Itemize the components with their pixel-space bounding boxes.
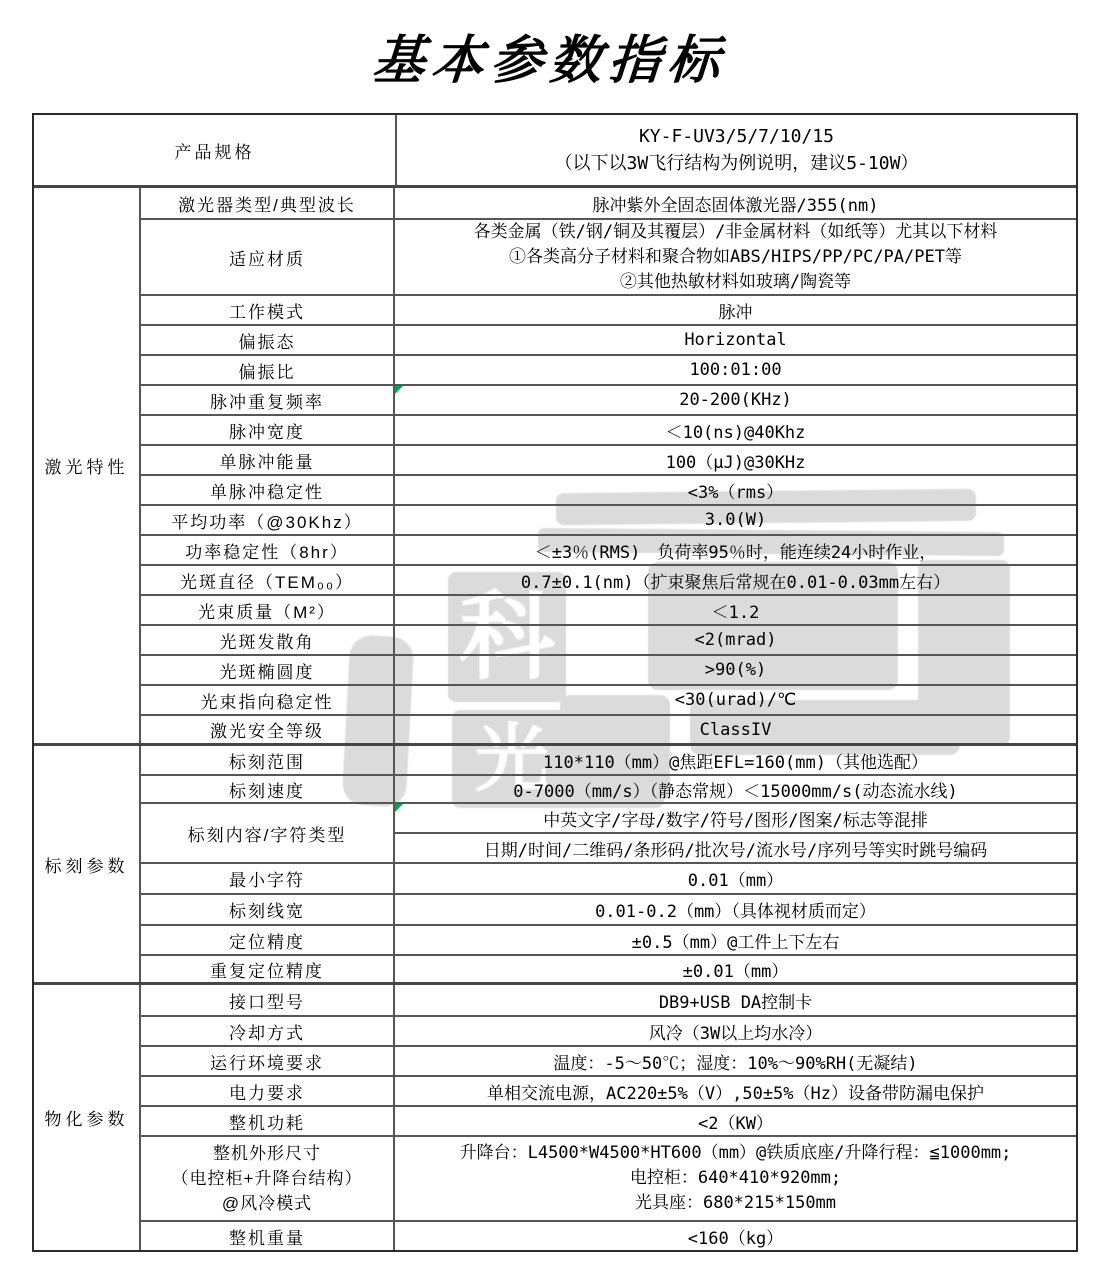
param-value: ＜1.2 bbox=[395, 596, 1076, 624]
section-physical-params: 物化参数 接口型号 DB9+USB DA控制卡 冷却方式 风冷（3W以上均水冷）… bbox=[34, 982, 1076, 1250]
param-label: 接口型号 bbox=[141, 985, 395, 1015]
param-label: 光斑椭圆度 bbox=[141, 656, 395, 684]
param-value: 单相交流电源，AC220±5%（V）,50±5%（Hz）设备带防漏电保护 bbox=[395, 1077, 1076, 1105]
param-label: 激光器类型/典型波长 bbox=[141, 188, 395, 218]
table-row: 整机外形尺寸 （电控柜+升降台结构） @风冷模式 升降台：L4500*W4500… bbox=[141, 1135, 1076, 1220]
param-value: <160（kg） bbox=[395, 1222, 1076, 1250]
param-label: 光斑直径（TEM₀₀） bbox=[141, 566, 395, 594]
table-row: 激光安全等级 ClassIV bbox=[141, 714, 1076, 743]
section-marking-params: 标刻参数 标刻范围 110*110（mm）@焦距EFL=160(mm)（其他选配… bbox=[34, 743, 1076, 982]
table-row: 电力要求 单相交流电源，AC220±5%（V）,50±5%（Hz）设备带防漏电保… bbox=[141, 1075, 1076, 1105]
table-row: 标刻线宽 0.01-0.2（mm）（具体视材质而定） bbox=[141, 893, 1076, 924]
param-label: 功率稳定性（8hr） bbox=[141, 536, 395, 564]
param-value: 3.0(W) bbox=[395, 506, 1076, 534]
param-value: 110*110（mm）@焦距EFL=160(mm)（其他选配） bbox=[395, 746, 1076, 774]
value-line: ②其他热敏材料如玻璃/陶瓷等 bbox=[620, 270, 851, 295]
comment-marker-icon bbox=[395, 386, 403, 394]
table-row: 激光器类型/典型波长 脉冲紫外全固态固体激光器/355(nm) bbox=[141, 188, 1076, 218]
param-label: 平均功率（@30Khz） bbox=[141, 506, 395, 534]
table-row: 整机重量 <160（kg） bbox=[141, 1220, 1076, 1250]
table-row: 运行环境要求 温度：-5～50℃；湿度：10%～90%RH(无凝结) bbox=[141, 1045, 1076, 1075]
product-value: KY-F-UV3/5/7/10/15 （以下以3W飞行结构为例说明，建议5-10… bbox=[397, 115, 1076, 185]
param-label: 脉冲宽度 bbox=[141, 416, 395, 444]
table-row: 标刻内容/字符类型 中英文字/字母/数字/符号/图形/图案/标志等混排 日期/时… bbox=[141, 802, 1076, 862]
param-label: 脉冲重复频率 bbox=[141, 386, 395, 414]
label-line: @风冷模式 bbox=[222, 1191, 312, 1216]
param-label: 光斑发散角 bbox=[141, 626, 395, 654]
param-value: DB9+USB DA控制卡 bbox=[395, 985, 1076, 1015]
param-label: 适应材质 bbox=[141, 220, 395, 294]
value-subrow: 中英文字/字母/数字/符号/图形/图案/标志等混排 bbox=[395, 804, 1076, 832]
spec-sheet-page: 基本参数指标 科 光电 产品规格 KY-F-UV3/5/7/10/15 （以下以… bbox=[0, 0, 1100, 1265]
param-value: 0.7±0.1(nm)（扩束聚焦后常规在0.01-0.03mm左右） bbox=[395, 566, 1076, 594]
value-line: 升降台：L4500*W4500*HT600（mm）@铁质底座/升降行程：≦100… bbox=[460, 1141, 1012, 1166]
param-label: 标刻内容/字符类型 bbox=[141, 804, 395, 862]
table-row: 光束指向稳定性 <30(urad)/℃ bbox=[141, 684, 1076, 714]
label-line: （电控柜+升降台结构） bbox=[172, 1166, 363, 1191]
table-row: 功率稳定性（8hr） ＜±3％(RMS) 负荷率95％时，能连续24小时作业， bbox=[141, 534, 1076, 564]
param-label: 标刻速度 bbox=[141, 776, 395, 802]
param-value: 20-200(KHz) bbox=[395, 386, 1076, 414]
product-value-line: KY-F-UV3/5/7/10/15 bbox=[639, 123, 834, 150]
product-value-line: （以下以3W飞行结构为例说明，建议5-10W） bbox=[555, 150, 919, 177]
table-row: 最小字符 0.01（mm） bbox=[141, 862, 1076, 893]
param-value: <2(mrad) bbox=[395, 626, 1076, 654]
param-value: 0.01-0.2（mm）（具体视材质而定） bbox=[395, 895, 1076, 924]
table-row: 标刻速度 0-7000（mm/s）（静态常规）＜15000mm/s(动态流水线) bbox=[141, 774, 1076, 802]
param-value: 0-7000（mm/s）（静态常规）＜15000mm/s(动态流水线) bbox=[395, 776, 1076, 802]
table-row: 光斑发散角 <2(mrad) bbox=[141, 624, 1076, 654]
param-label: 电力要求 bbox=[141, 1077, 395, 1105]
value-line: ①各类高分子材料和聚合物如ABS/HIPS/PP/PC/PA/PET等 bbox=[509, 245, 962, 270]
table-row: 冷却方式 风冷（3W以上均水冷） bbox=[141, 1015, 1076, 1045]
param-label: 整机重量 bbox=[141, 1222, 395, 1250]
table-row: 脉冲重复频率 20-200(KHz) bbox=[141, 384, 1076, 414]
label-line: 整机外形尺寸 bbox=[213, 1141, 321, 1166]
param-value: 100:01:00 bbox=[395, 356, 1076, 384]
section-laser-properties: 激光特性 激光器类型/典型波长 脉冲紫外全固态固体激光器/355(nm) 适应材… bbox=[34, 185, 1076, 743]
param-label: 运行环境要求 bbox=[141, 1047, 395, 1075]
table-row: 重复定位精度 ±0.01（mm） bbox=[141, 954, 1076, 982]
product-label: 产品规格 bbox=[34, 115, 397, 185]
param-value: 100（μJ)@30KHz bbox=[395, 446, 1076, 474]
param-label: 光束质量（M²） bbox=[141, 596, 395, 624]
param-label: 整机功耗 bbox=[141, 1107, 395, 1135]
param-label: 工作模式 bbox=[141, 296, 395, 324]
param-value: Horizontal bbox=[395, 326, 1076, 354]
param-value: 0.01（mm） bbox=[395, 864, 1076, 893]
section-label: 标刻参数 bbox=[34, 746, 141, 982]
param-value: <3%（rms） bbox=[395, 476, 1076, 504]
comment-marker-icon bbox=[395, 804, 403, 812]
value-subrow: 日期/时间/二维码/条形码/批次号/流水号/序列号等实时跳号编码 bbox=[395, 832, 1076, 862]
table-row: 光斑椭圆度 >90(%) bbox=[141, 654, 1076, 684]
param-value: <30(urad)/℃ bbox=[395, 686, 1076, 714]
table-row: 偏振比 100:01:00 bbox=[141, 354, 1076, 384]
param-label: 最小字符 bbox=[141, 864, 395, 893]
param-label: 冷却方式 bbox=[141, 1017, 395, 1045]
param-value: 温度：-5～50℃；湿度：10%～90%RH(无凝结) bbox=[395, 1047, 1076, 1075]
param-label: 单脉冲能量 bbox=[141, 446, 395, 474]
value-line: 各类金属（铁/钢/铜及其覆层）/非金属材料（如纸等）尤其以下材料 bbox=[474, 220, 998, 245]
param-label: 定位精度 bbox=[141, 926, 395, 954]
table-row: 光束质量（M²） ＜1.2 bbox=[141, 594, 1076, 624]
section-label: 激光特性 bbox=[34, 188, 141, 743]
param-value: 中英文字/字母/数字/符号/图形/图案/标志等混排 日期/时间/二维码/条形码/… bbox=[395, 804, 1076, 862]
param-label: 标刻范围 bbox=[141, 746, 395, 774]
param-value: 脉冲 bbox=[395, 296, 1076, 324]
value-text: 中英文字/字母/数字/符号/图形/图案/标志等混排 bbox=[543, 806, 927, 831]
table-row: 适应材质 各类金属（铁/钢/铜及其覆层）/非金属材料（如纸等）尤其以下材料 ①各… bbox=[141, 218, 1076, 294]
table-row: 工作模式 脉冲 bbox=[141, 294, 1076, 324]
param-value: ±0.5（mm）@工件上下左右 bbox=[395, 926, 1076, 954]
table-row: 单脉冲能量 100（μJ)@30KHz bbox=[141, 444, 1076, 474]
param-value: ＜±3％(RMS) 负荷率95％时，能连续24小时作业， bbox=[395, 536, 1076, 564]
param-label: 整机外形尺寸 （电控柜+升降台结构） @风冷模式 bbox=[141, 1137, 395, 1220]
param-label: 偏振比 bbox=[141, 356, 395, 384]
product-row: 产品规格 KY-F-UV3/5/7/10/15 （以下以3W飞行结构为例说明，建… bbox=[34, 115, 1076, 185]
value-text: 20-200(KHz) bbox=[679, 390, 792, 410]
param-label: 偏振态 bbox=[141, 326, 395, 354]
param-label: 单脉冲稳定性 bbox=[141, 476, 395, 504]
section-rows: 接口型号 DB9+USB DA控制卡 冷却方式 风冷（3W以上均水冷） 运行环境… bbox=[141, 985, 1076, 1250]
page-title: 基本参数指标 bbox=[0, 18, 1100, 93]
table-row: 偏振态 Horizontal bbox=[141, 324, 1076, 354]
table-row: 单脉冲稳定性 <3%（rms） bbox=[141, 474, 1076, 504]
param-label: 重复定位精度 bbox=[141, 956, 395, 982]
spec-table: 产品规格 KY-F-UV3/5/7/10/15 （以下以3W飞行结构为例说明，建… bbox=[32, 113, 1078, 1252]
param-value: 升降台：L4500*W4500*HT600（mm）@铁质底座/升降行程：≦100… bbox=[395, 1137, 1076, 1220]
param-value: 各类金属（铁/钢/铜及其覆层）/非金属材料（如纸等）尤其以下材料 ①各类高分子材… bbox=[395, 220, 1076, 294]
value-line: 电控柜：640*410*920mm; bbox=[630, 1166, 841, 1191]
section-rows: 标刻范围 110*110（mm）@焦距EFL=160(mm)（其他选配） 标刻速… bbox=[141, 746, 1076, 982]
param-label: 标刻线宽 bbox=[141, 895, 395, 924]
table-row: 平均功率（@30Khz） 3.0(W) bbox=[141, 504, 1076, 534]
table-row: 标刻范围 110*110（mm）@焦距EFL=160(mm)（其他选配） bbox=[141, 746, 1076, 774]
value-line: 光具座：680*215*150mm bbox=[635, 1191, 836, 1216]
table-row: 定位精度 ±0.5（mm）@工件上下左右 bbox=[141, 924, 1076, 954]
table-row: 整机功耗 <2（KW） bbox=[141, 1105, 1076, 1135]
table-row: 光斑直径（TEM₀₀） 0.7±0.1(nm)（扩束聚焦后常规在0.01-0.0… bbox=[141, 564, 1076, 594]
section-label: 物化参数 bbox=[34, 985, 141, 1250]
param-value: 脉冲紫外全固态固体激光器/355(nm) bbox=[395, 188, 1076, 218]
param-value: ClassIV bbox=[395, 716, 1076, 743]
table-row: 接口型号 DB9+USB DA控制卡 bbox=[141, 985, 1076, 1015]
section-rows: 激光器类型/典型波长 脉冲紫外全固态固体激光器/355(nm) 适应材质 各类金… bbox=[141, 188, 1076, 743]
table-row: 脉冲宽度 ＜10(ns)@40Khz bbox=[141, 414, 1076, 444]
value-text: 日期/时间/二维码/条形码/批次号/流水号/序列号等实时跳号编码 bbox=[484, 836, 987, 861]
param-value: ±0.01（mm） bbox=[395, 956, 1076, 982]
param-value: >90(%) bbox=[395, 656, 1076, 684]
param-value: 风冷（3W以上均水冷） bbox=[395, 1017, 1076, 1045]
param-label: 光束指向稳定性 bbox=[141, 686, 395, 714]
param-label: 激光安全等级 bbox=[141, 716, 395, 743]
param-value: ＜10(ns)@40Khz bbox=[395, 416, 1076, 444]
param-value: <2（KW） bbox=[395, 1107, 1076, 1135]
